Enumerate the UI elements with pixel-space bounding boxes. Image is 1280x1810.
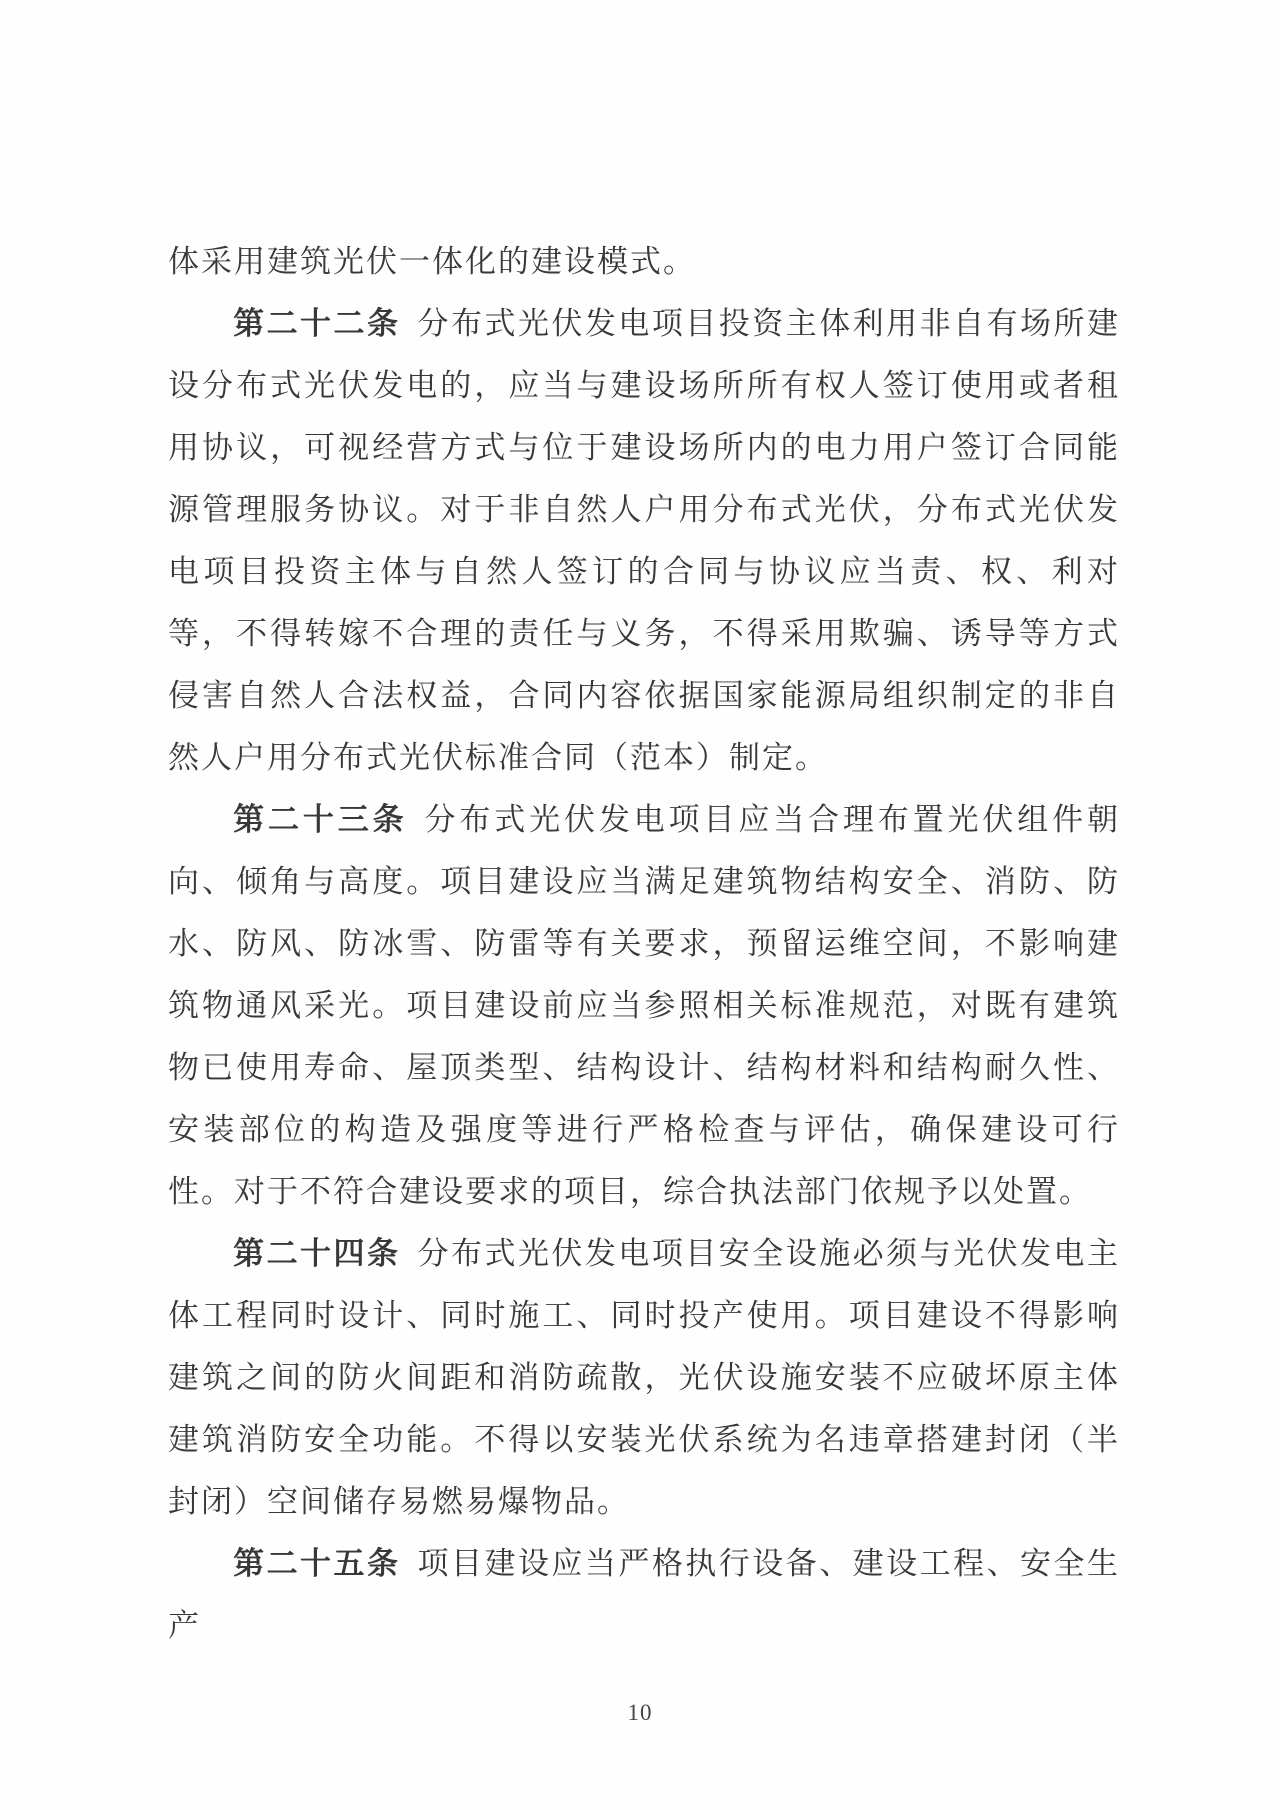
article-22-head: 第二十二条 [233,306,400,341]
article-25-head: 第二十五条 [233,1546,400,1581]
page-number: 10 [0,1698,1280,1728]
article-22-body: 分布式光伏发电项目投资主体利用非自有场所建设分布式光伏发电的，应当与建设场所所有… [168,306,1120,775]
article-23-head: 第二十三条 [233,802,407,837]
article-25-paragraph: 第二十五条项目建设应当严格执行设备、建设工程、安全生产 [168,1533,1120,1657]
article-24-head: 第二十四条 [233,1236,400,1271]
article-23-paragraph: 第二十三条分布式光伏发电项目应当合理布置光伏组件朝向、倾角与高度。项目建设应当满… [168,789,1120,1223]
document-page: 体采用建筑光伏一体化的建设模式。 第二十二条分布式光伏发电项目投资主体利用非自有… [0,0,1280,1810]
paragraph-text: 体采用建筑光伏一体化的建设模式。 [168,244,696,279]
article-22-paragraph: 第二十二条分布式光伏发电项目投资主体利用非自有场所建设分布式光伏发电的，应当与建… [168,293,1120,789]
document-body: 体采用建筑光伏一体化的建设模式。 第二十二条分布式光伏发电项目投资主体利用非自有… [168,231,1120,1657]
paragraph-continuation: 体采用建筑光伏一体化的建设模式。 [168,231,1120,293]
article-24-paragraph: 第二十四条分布式光伏发电项目安全设施必须与光伏发电主体工程同时设计、同时施工、同… [168,1223,1120,1533]
article-24-body: 分布式光伏发电项目安全设施必须与光伏发电主体工程同时设计、同时施工、同时投产使用… [168,1236,1120,1519]
article-23-body: 分布式光伏发电项目应当合理布置光伏组件朝向、倾角与高度。项目建设应当满足建筑物结… [168,802,1120,1209]
